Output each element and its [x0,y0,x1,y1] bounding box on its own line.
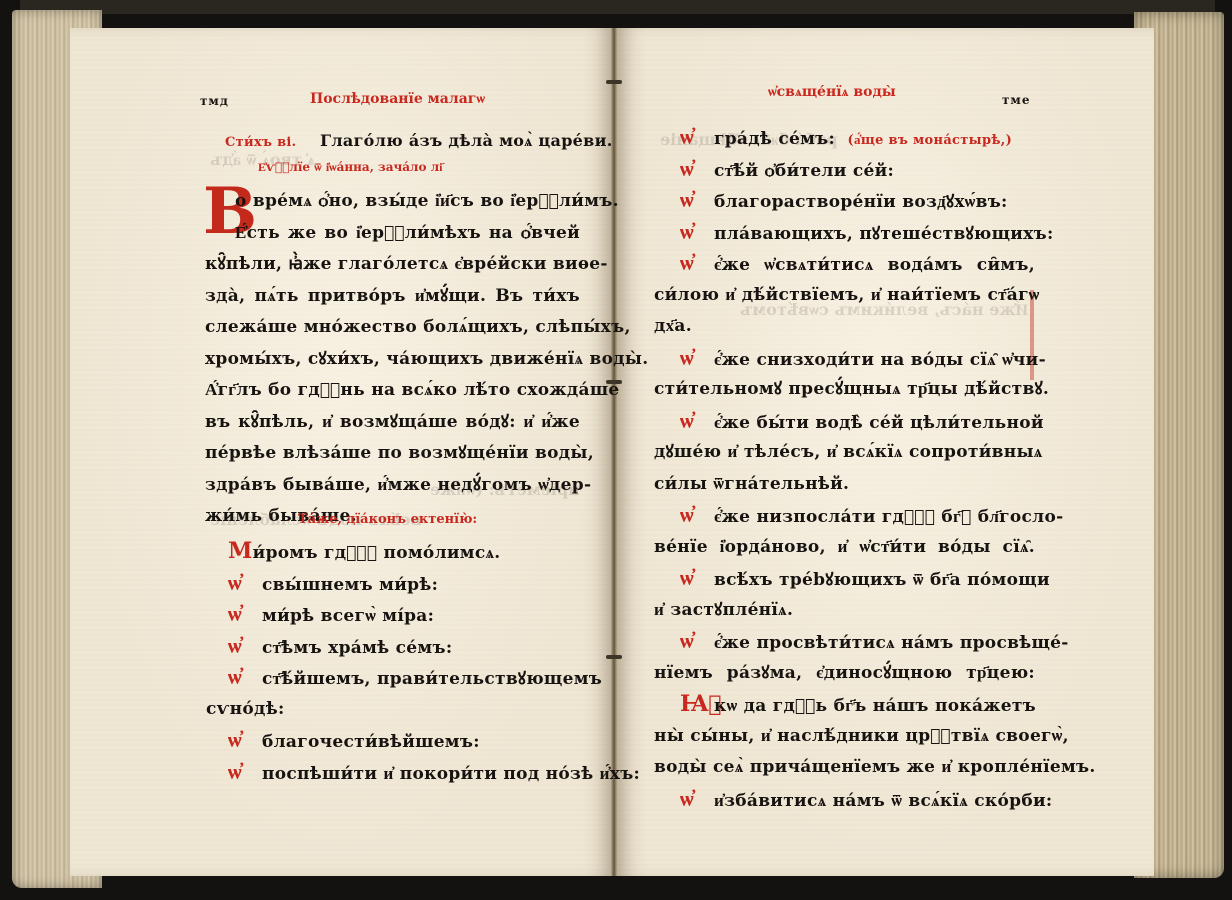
litany-petition: ѡ҆благорастворе́нїи возд҃ꙋхѡ́въ: [680,185,1035,217]
red-omega-initial: ѡ҆ [680,784,708,816]
text-line: зда̀, пѧ́ть притво́ръ и҆мꙋ́щи. Въ ти́хъ [205,281,580,313]
text-line: и҆ застꙋпле́нїѧ. [654,595,1035,627]
red-omega-initial: ѡ҆ [680,248,708,280]
litany-petition: ѡ҆є҆́же снизходи́ти на во́ды сїѧ̑ ѡ҆чи- [680,343,1035,375]
text-line: дꙋше́ю и҆ тѣле́съ, и҆ всѧ́кїѧ сопроти́вн… [654,437,1035,469]
litany-petition: ѡ҆ст҃ѣ́й ѻ҆би́тели се́й: [680,154,1035,186]
red-omega-initial: ѡ҆ [680,406,708,438]
litany-petition: ѡ҆ми́рѣ всегѡ̀ мі́ра: [228,599,588,631]
litany-petition: ѡ҆є҆́же низпосла́ти гдⷭ҇ꙋ бг҃ꙋ бл҃гослo- [680,500,1035,532]
litany-rubric: Та́же, дїа́конъ ектенїю̀: [298,512,477,527]
text-line: пе́рвѣе влѣза́ше по возмꙋще́нїи воды̀, [205,438,580,470]
litany-petition: ѡ҆пла́вающихъ, пꙋтеше́ствꙋющихъ: [680,217,1035,249]
red-omega-initial: ѡ҆ [228,757,256,789]
text-line: въ кꙋ̑пѣль, и҆ возмꙋща́ше во́дꙋ: и҆ и҆́ж… [205,407,580,439]
text-line: о вре́мѧ ѻ҆́но, взы́де і҆и҃съ во і҆ерⷭ҇л… [205,186,580,218]
litany-petition: ѡ҆и҆зба́витисѧ на́мъ ѿ всѧ́кїѧ ско́рби: [680,784,1035,816]
red-omega-initial: ѡ҆ [228,568,256,600]
text-line: здра́въ быва́ше, и҆́мже недꙋ́гомъ ѡ҆дер- [205,470,580,502]
great-litany: Ми́ромъ гдⷭ҇ꙋ помо́лимсѧ. ѡ҆свы́шнемъ ми… [228,536,588,788]
text-line: сѵно́дѣ: [206,694,588,726]
litany-petition: ѡ҆гра́дѣ се́мъ: (а҆́ще въ мона́стырѣ,) [680,122,1035,154]
red-omega-initial: ѡ҆ [228,599,256,631]
text-line: хромы́хъ, сꙋхи́хъ, ча́ющихъ движе́нїѧ во… [205,344,580,376]
binding-stitch [606,655,622,659]
text-line: сти́тельномꙋ пресꙋ́щныѧ тр҃цы дѣ́йствꙋ. [654,374,1035,406]
litany-first-line: Ми́ромъ гдⷭ҇ꙋ помо́лимсѧ. [228,536,588,568]
text-line: слежа́ше мно́жество болѧ́щихъ, слѣпы́хъ, [205,312,580,344]
litany-petition: ѡ҆є҆́же бы́ти водѣ̀ се́й цѣли́тельной [680,406,1035,438]
text-line: ве́нїе і҆орда́ново, и҆ ѡ҆ст҃и́ти во́ды с… [654,532,1035,564]
right-folio: тме [1002,93,1031,108]
book-gutter [611,28,617,876]
red-omega-initial: ѡ҆ [228,662,256,694]
litany-petition: ѡ҆ст҃ѣ́йшемъ, прави́тельствꙋющемъ [228,662,588,694]
litany-petition: ѡ҆свы́шнемъ ми́рѣ: [228,568,588,600]
book-cover-top [20,0,1215,14]
gospel-rubric: Е҆ѵⷢ҇лїе ѿ і҆ѡа́нна, зача́ло лі҃ [258,160,442,175]
red-omega-initial: ѡ҆ [680,154,708,186]
text-line: нїемъ ра́зꙋма, є҆диносꙋ́щною тр҃цею: [654,658,1035,690]
litany-petition: ѡ҆всѣ́хъ трébꙋющихъ ѿ бг҃а по́мощи [680,563,1035,595]
text-line: ны̀ сы́ны, и҆ наслѣ́дники црⷭ҇твїѧ своег… [654,721,1035,753]
verse-rubric: Сти́хъ ві. [225,135,297,150]
left-running-head: Послѣдованїе малагѡ [310,91,485,108]
red-omega-initial: ѡ҆ [680,563,708,595]
left-folio: тмд [200,94,229,109]
right-running-head: ѡ҆свѧще́нїѧ воды̀ [768,84,896,101]
monastery-rubric: (а҆́ще въ мона́стырѣ,) [848,133,1013,148]
litany-continued: ѡ҆гра́дѣ се́мъ: (а҆́ще въ мона́стырѣ,) ѡ… [680,122,1035,815]
text-line: воды̀ сеѧ̀ прича́щенїемъ же и҆ кропле́нї… [654,752,1035,784]
red-initial: Ꙗ҆ [680,689,708,721]
text-line: кꙋ̑пѣли, ꙗ҆̀же глаго́летсѧ є҆вре́йски ви… [205,249,580,281]
text-line: си́лы ѿгна́тельнѣй. [654,469,1035,501]
litany-petition: ѡ҆поспѣши́ти и҆ покори́ти под но́зѣ и҆́х… [228,757,588,789]
red-omega-initial: ѡ҆ [680,343,708,375]
book-photo: ѧ҆ твоѧ̀ ѿ а҆́дъ прїеме́тъ: (ѡ҆и҆́же всѣ… [0,0,1232,900]
binding-stitch [606,80,622,84]
red-omega-initial: ѡ҆ [680,217,708,249]
text-line: А҆́гг҃лъ бо гдⷭ҇нь на всѧ́ко лѣ́то схожд… [205,375,580,407]
text-line: Е҆́сть же во і҆ерⷭ҇ли́мѣхъ на ѻ҆́вчей [205,218,580,250]
red-omega-initial: ѡ҆ [228,631,256,663]
litany-petition: ѡ҆є҆́же ѡ҆свѧти́тисѧ вода́мъ си̑мъ, [680,248,1035,280]
litany-petition: ѡ҆ст҃ѣмъ хра́мѣ се́мъ: [228,631,588,663]
litany-petition: ѡ҆благочести́вѣйшемъ: [228,725,588,757]
litany-petition: ѡ҆є҆́же просвѣти́тисѧ на́мъ просвѣще́- [680,626,1035,658]
red-omega-initial: ѡ҆ [680,185,708,217]
red-omega-initial: ѡ҆ [680,122,708,154]
gospel-reading: о вре́мѧ ѻ҆́но, взы́де і҆и҃съ во і҆ерⷭ҇л… [205,186,580,533]
red-omega-initial: ѡ҆ [228,725,256,757]
red-omega-initial: ѡ҆ [680,500,708,532]
red-omega-initial: ѡ҆ [680,626,708,658]
verse-line: Сти́хъ ві. Глаго́лю а́зъ дѣла̀ моѧ̀ царе… [225,125,585,157]
text-line: си́лою и҆ дѣ́йствїемъ, и҆ наи́тїемъ ст҃а… [654,280,1035,312]
verse-text: Глаго́лю а́зъ дѣла̀ моѧ̀ царе́ви. [320,131,613,150]
text-line: дх҃а. [654,311,1035,343]
litany-petition: Ꙗ҆кѡ да гдⷭ҇ь бг҃ъ на́шъ пока́жетъ [680,689,1035,721]
